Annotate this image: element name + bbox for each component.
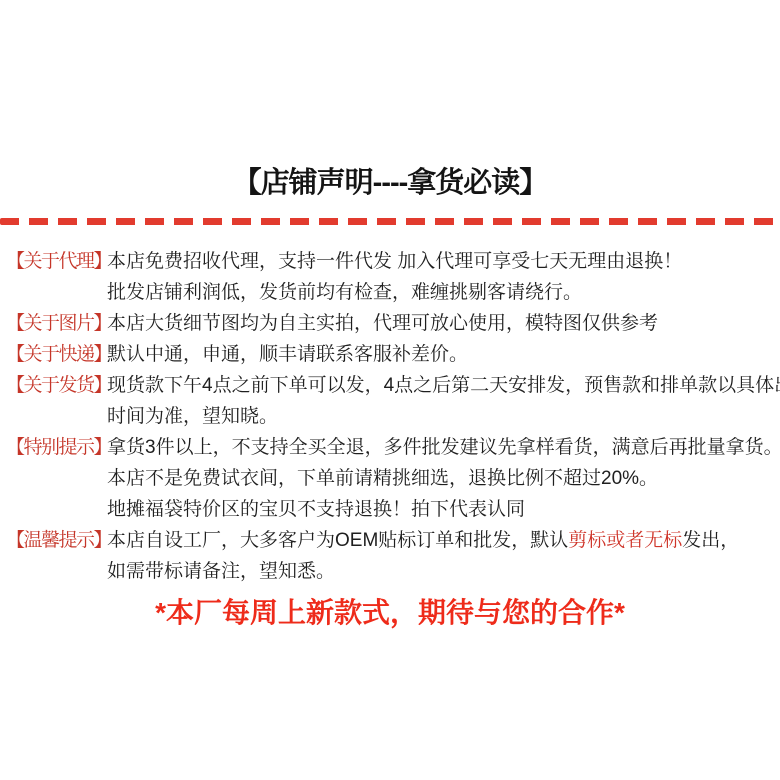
- section-line: 【关于发货】现货款下午4点之前下单可以发，4点之后第二天安排发，预售款和排单款以…: [6, 370, 778, 401]
- section-text: 批发店铺利润低，发货前均有检查，难缠挑剔客请绕行。: [6, 277, 778, 308]
- section-about-courier: 【关于快递】默认中通，申通，顺丰请联系客服补差价。: [6, 339, 778, 370]
- section-text: 拿货3件以上，不支持全买全退，多件批发建议先拿样看货，满意后再批量拿货。: [107, 437, 780, 458]
- section-special-notice: 【特别提示】拿货3件以上，不支持全买全退，多件批发建议先拿样看货，满意后再批量拿…: [6, 432, 778, 525]
- notice-sections: 【关于代理】本店免费招收代理，支持一件代发 加入代理可享受七天无理由退换！ 批发…: [6, 246, 778, 587]
- section-label: 【关于发货】: [6, 370, 107, 401]
- section-text: 时间为准，望知晓。: [6, 401, 778, 432]
- section-line: 【关于快递】默认中通，申通，顺丰请联系客服补差价。: [6, 339, 778, 370]
- section-text: 发出，: [682, 530, 739, 551]
- red-dashed-divider: [0, 218, 780, 225]
- section-line: 【关于图片】本店大货细节图均为自主实拍，代理可放心使用，模特图仅供参考: [6, 308, 778, 339]
- section-text: 本店不是免费试衣间，下单前请精挑细选，退换比例不超过20%。: [6, 463, 778, 494]
- section-text: 本店免费招收代理，支持一件代发 加入代理可享受七天无理由退换！: [107, 251, 682, 272]
- section-warm-notice: 【温馨提示】本店自设工厂，大多客户为OEM贴标订单和批发，默认剪标或者无标发出，…: [6, 525, 778, 587]
- footer-slogan: *本厂每周上新款式，期待与您的合作*: [0, 591, 780, 631]
- section-text: 本店自设工厂，大多客户为OEM贴标订单和批发，默认: [107, 530, 568, 551]
- section-line: 【温馨提示】本店自设工厂，大多客户为OEM贴标订单和批发，默认剪标或者无标发出，: [6, 525, 778, 556]
- oem-red-highlight: 剪标或者无标: [568, 530, 682, 551]
- store-notice-page: 【店铺声明----拿货必读】 【关于代理】本店免费招收代理，支持一件代发 加入代…: [0, 0, 780, 780]
- section-text: 地摊福袋特价区的宝贝不支持退换！拍下代表认同: [6, 494, 778, 525]
- section-label: 【关于快递】: [6, 339, 107, 370]
- section-text: 现货款下午4点之前下单可以发，4点之后第二天安排发，预售款和排单款以具体出货: [107, 375, 780, 396]
- section-about-dispatch: 【关于发货】现货款下午4点之前下单可以发，4点之后第二天安排发，预售款和排单款以…: [6, 370, 778, 432]
- section-label: 【特别提示】: [6, 432, 107, 463]
- section-line: 【关于代理】本店免费招收代理，支持一件代发 加入代理可享受七天无理由退换！: [6, 246, 778, 277]
- section-text: 如需带标请备注，望知悉。: [6, 556, 778, 587]
- section-label: 【温馨提示】: [6, 525, 107, 556]
- section-label: 【关于代理】: [6, 246, 107, 277]
- section-line: 【特别提示】拿货3件以上，不支持全买全退，多件批发建议先拿样看货，满意后再批量拿…: [6, 432, 778, 463]
- section-text: 默认中通，申通，顺丰请联系客服补差价。: [107, 344, 468, 365]
- section-about-agents: 【关于代理】本店免费招收代理，支持一件代发 加入代理可享受七天无理由退换！ 批发…: [6, 246, 778, 308]
- section-label: 【关于图片】: [6, 308, 107, 339]
- page-title: 【店铺声明----拿货必读】: [0, 160, 780, 201]
- section-text: 本店大货细节图均为自主实拍，代理可放心使用，模特图仅供参考: [107, 313, 658, 334]
- section-about-photos: 【关于图片】本店大货细节图均为自主实拍，代理可放心使用，模特图仅供参考: [6, 308, 778, 339]
